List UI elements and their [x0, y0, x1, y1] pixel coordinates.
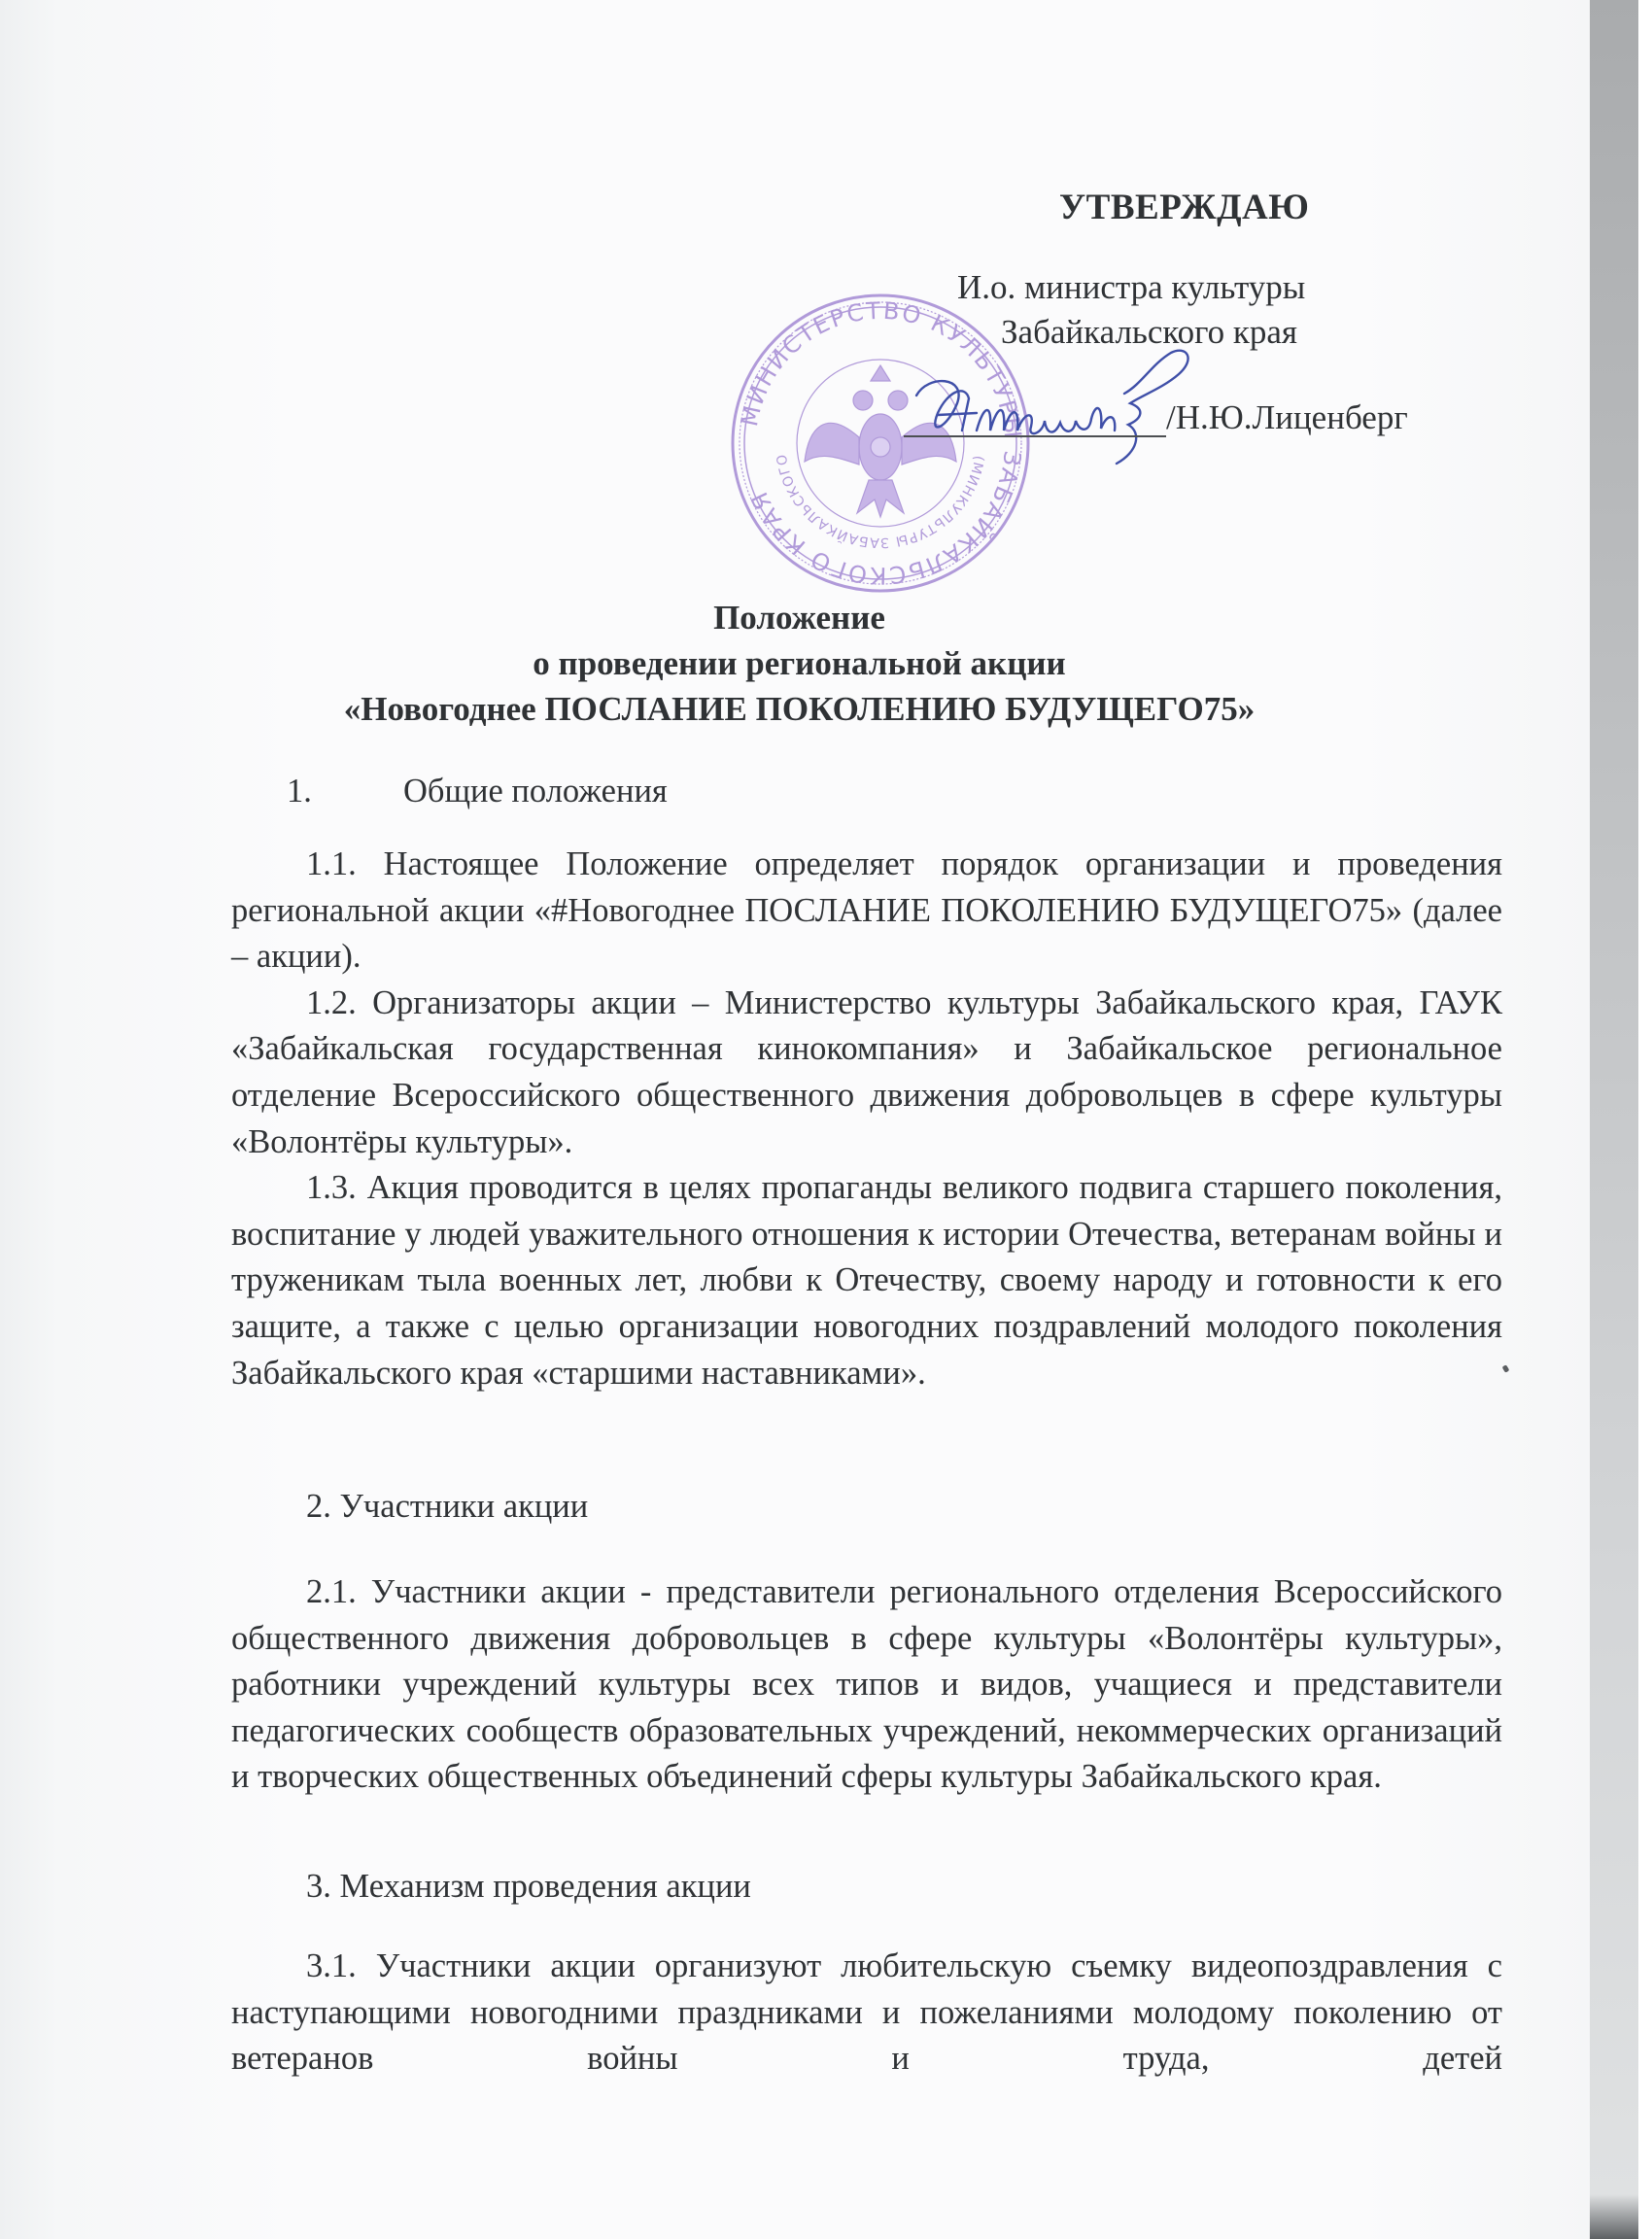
paragraph-2-1: 2.1. Участники акции - представители рег… — [231, 1569, 1502, 1801]
section-1-number: 1. — [287, 773, 312, 810]
scanner-edge-strip — [1590, 0, 1638, 2239]
scanner-margin — [1638, 0, 1652, 2239]
approval-title: УТВЕРЖДАЮ — [1059, 187, 1309, 228]
paragraph-3-1: 3.1. Участники акции организуют любитель… — [231, 1944, 1502, 2083]
title-line-2: о проведении региональной акции — [292, 640, 1307, 686]
section-1-heading: Общие положения — [403, 773, 668, 810]
title-line-1: Положение — [292, 595, 1307, 640]
paragraph-1-3: 1.3. Акция проводится в целях пропаганды… — [231, 1165, 1502, 1396]
signature-underline — [904, 435, 1166, 437]
section-2-body: 2.1. Участники акции - представители рег… — [231, 1569, 1502, 1801]
handwritten-signature — [909, 345, 1200, 471]
document-title: Положение о проведении региональной акци… — [292, 595, 1307, 732]
section-2-heading: 2. Участники акции — [306, 1488, 588, 1526]
title-line-3: «Новогоднее ПОСЛАНИЕ ПОКОЛЕНИЮ БУДУЩЕГО7… — [292, 686, 1307, 732]
section-3-body: 3.1. Участники акции организуют любитель… — [231, 1944, 1502, 2083]
signatory-name: /Н.Ю.Лиценберг — [1166, 398, 1408, 437]
paragraph-1-1: 1.1. Настоящее Положение определяет поря… — [231, 842, 1502, 981]
section-1-body: 1.1. Настоящее Положение определяет поря… — [231, 842, 1502, 1396]
section-3-heading: 3. Механизм проведения акции — [306, 1868, 751, 1906]
paragraph-1-2: 1.2. Организаторы акции – Министерство к… — [231, 981, 1502, 1165]
